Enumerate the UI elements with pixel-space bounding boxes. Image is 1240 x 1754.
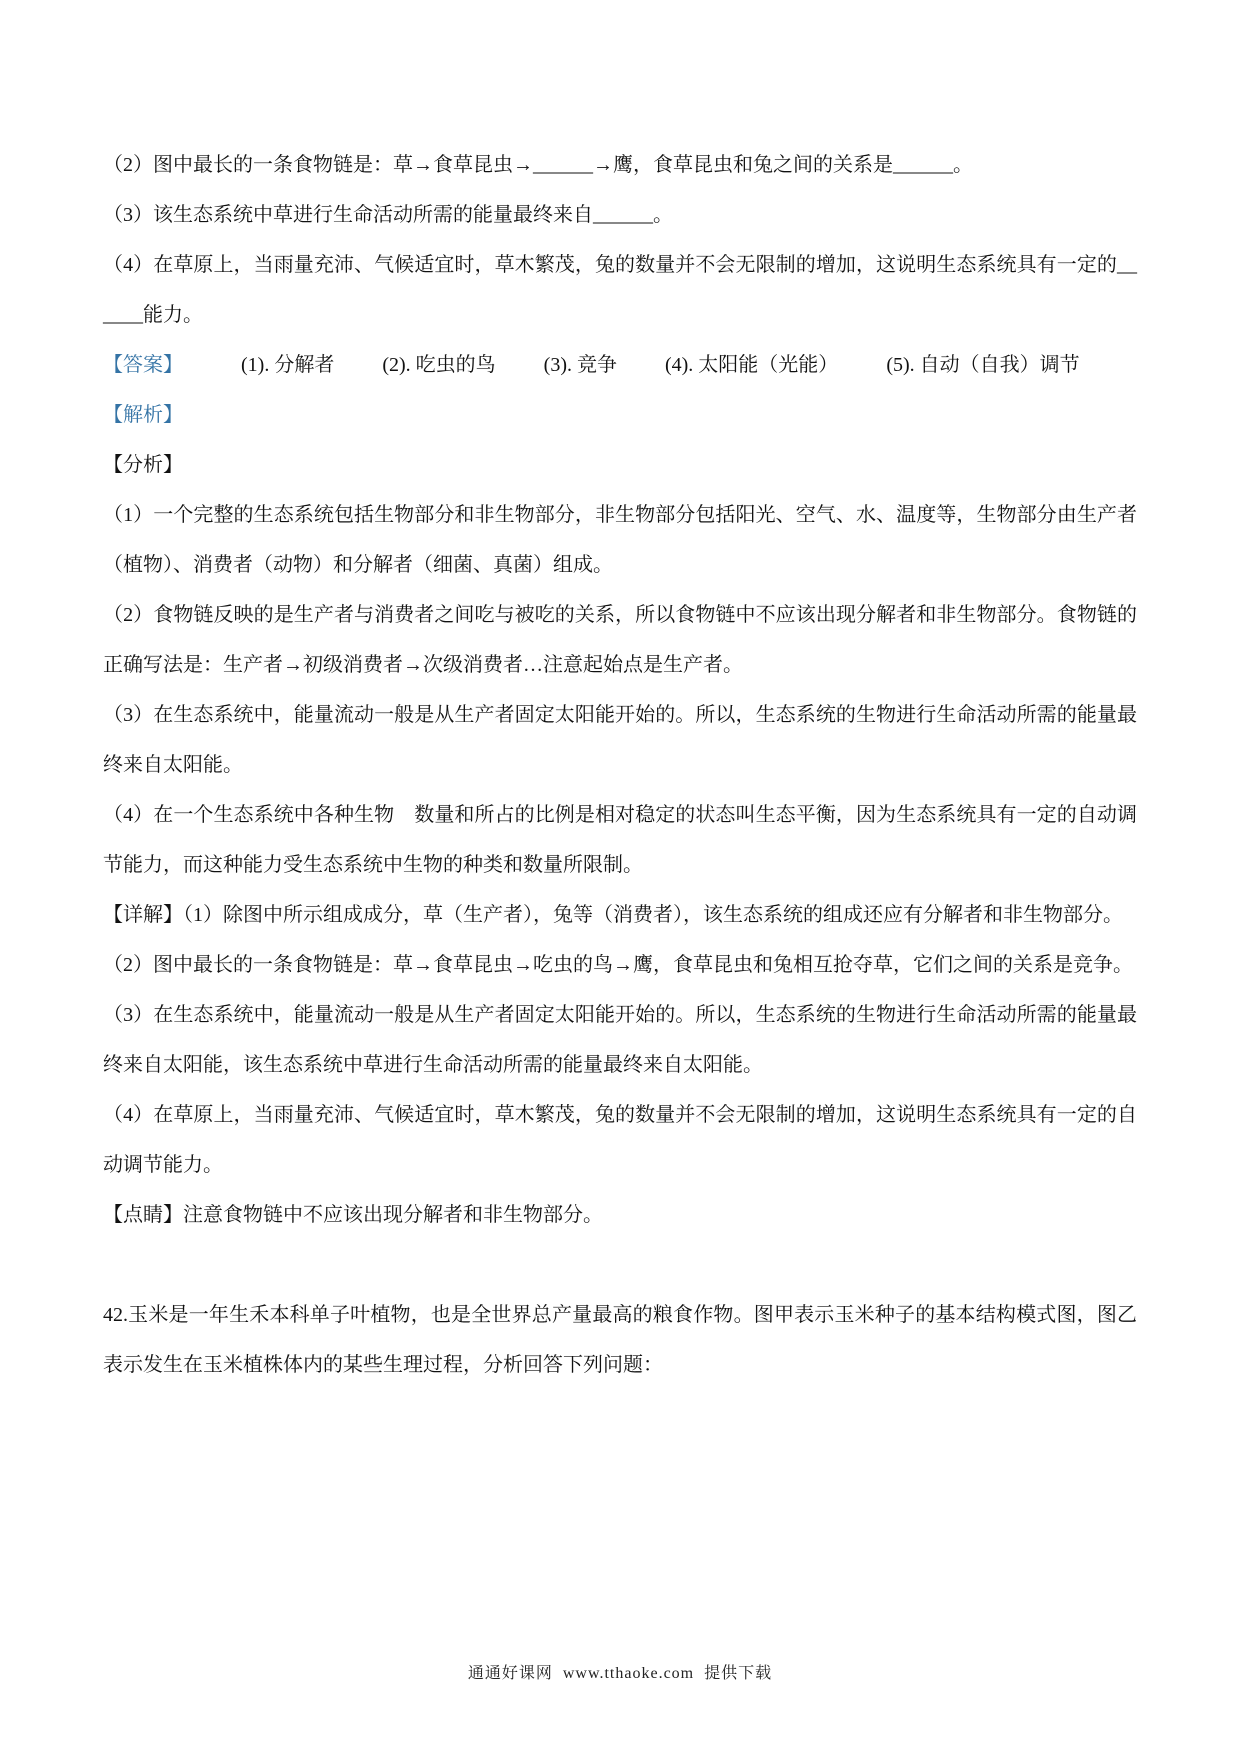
detail-paragraph-2: （2）图中最长的一条食物链是：草→食草昆虫→吃虫的鸟→鹰，食草昆虫和兔相互抢夺草… bbox=[103, 940, 1137, 990]
footer-note: 提供下载 bbox=[704, 1665, 772, 1682]
question-41-sub4: （4）在草原上，当雨量充沛、气候适宜时，草木繁茂，兔的数量并不会无限制的增加，这… bbox=[103, 240, 1137, 340]
footer-url: www.tthaoke.com bbox=[563, 1665, 694, 1682]
analysis-paragraph-4: （4）在一个生态系统中各种生物 数量和所占的比例是相对稳定的状态叫生态平衡，因为… bbox=[103, 790, 1137, 890]
answer-item-2: (2). 吃虫的鸟 bbox=[382, 354, 495, 376]
detail-paragraph-3: （3）在生态系统中，能量流动一般是从生产者固定太阳能开始的。所以，生态系统的生物… bbox=[103, 990, 1137, 1090]
content-area: （2）图中最长的一条食物链是：草→食草昆虫→______→鹰，食草昆虫和兔之间的… bbox=[103, 140, 1137, 1390]
detail-text-1: （1）除图中所示组成成分，草（生产者），兔等（消费者），该生态系统的组成还应有分… bbox=[183, 904, 1123, 926]
answer-item-3: (3). 竞争 bbox=[544, 354, 617, 376]
answer-item-1: (1). 分解者 bbox=[241, 354, 334, 376]
jiexi-label: 【解析】 bbox=[103, 404, 183, 426]
fenxi-heading: 【分析】 bbox=[103, 440, 1137, 490]
page-footer: 通通好课网www.tthaoke.com提供下载 bbox=[0, 1660, 1240, 1683]
answer-label: 【答案】 bbox=[103, 354, 183, 376]
footer-site-name: 通通好课网 bbox=[468, 1665, 553, 1682]
analysis-paragraph-3: （3）在生态系统中，能量流动一般是从生产者固定太阳能开始的。所以，生态系统的生物… bbox=[103, 690, 1137, 790]
question-42-intro: 42.玉米是一年生禾本科单子叶植物，也是全世界总产量最高的粮食作物。图甲表示玉米… bbox=[103, 1290, 1137, 1390]
question-41-sub3: （3）该生态系统中草进行生命活动所需的能量最终来自______。 bbox=[103, 190, 1137, 240]
analysis-paragraph-2: （2）食物链反映的是生产者与消费者之间吃与被吃的关系，所以食物链中不应该出现分解… bbox=[103, 590, 1137, 690]
dianjing-label: 【点睛】 bbox=[103, 1204, 183, 1226]
answer-line: 【答案】(1). 分解者(2). 吃虫的鸟(3). 竞争(4). 太阳能（光能）… bbox=[103, 340, 1137, 390]
dianjing-paragraph: 【点睛】注意食物链中不应该出现分解者和非生物部分。 bbox=[103, 1190, 1137, 1240]
detail-paragraph-4: （4）在草原上，当雨量充沛、气候适宜时，草木繁茂，兔的数量并不会无限制的增加，这… bbox=[103, 1090, 1137, 1190]
fenxi-label: 【分析】 bbox=[103, 454, 183, 476]
xiangjie-label: 【详解】 bbox=[103, 904, 183, 926]
answer-item-5: (5). 自动（自我）调节 bbox=[886, 354, 1079, 376]
jiexi-heading: 【解析】 bbox=[103, 390, 1137, 440]
answer-item-4: (4). 太阳能（光能） bbox=[665, 354, 838, 376]
analysis-paragraph-1: （1）一个完整的生态系统包括生物部分和非生物部分，非生物部分包括阳光、空气、水、… bbox=[103, 490, 1137, 590]
question-41-sub2: （2）图中最长的一条食物链是：草→食草昆虫→______→鹰，食草昆虫和兔之间的… bbox=[103, 140, 1137, 190]
document-page: （2）图中最长的一条食物链是：草→食草昆虫→______→鹰，食草昆虫和兔之间的… bbox=[0, 0, 1240, 1754]
dianjing-text: 注意食物链中不应该出现分解者和非生物部分。 bbox=[183, 1204, 603, 1226]
detail-paragraph-1: 【详解】（1）除图中所示组成成分，草（生产者），兔等（消费者），该生态系统的组成… bbox=[103, 890, 1137, 940]
